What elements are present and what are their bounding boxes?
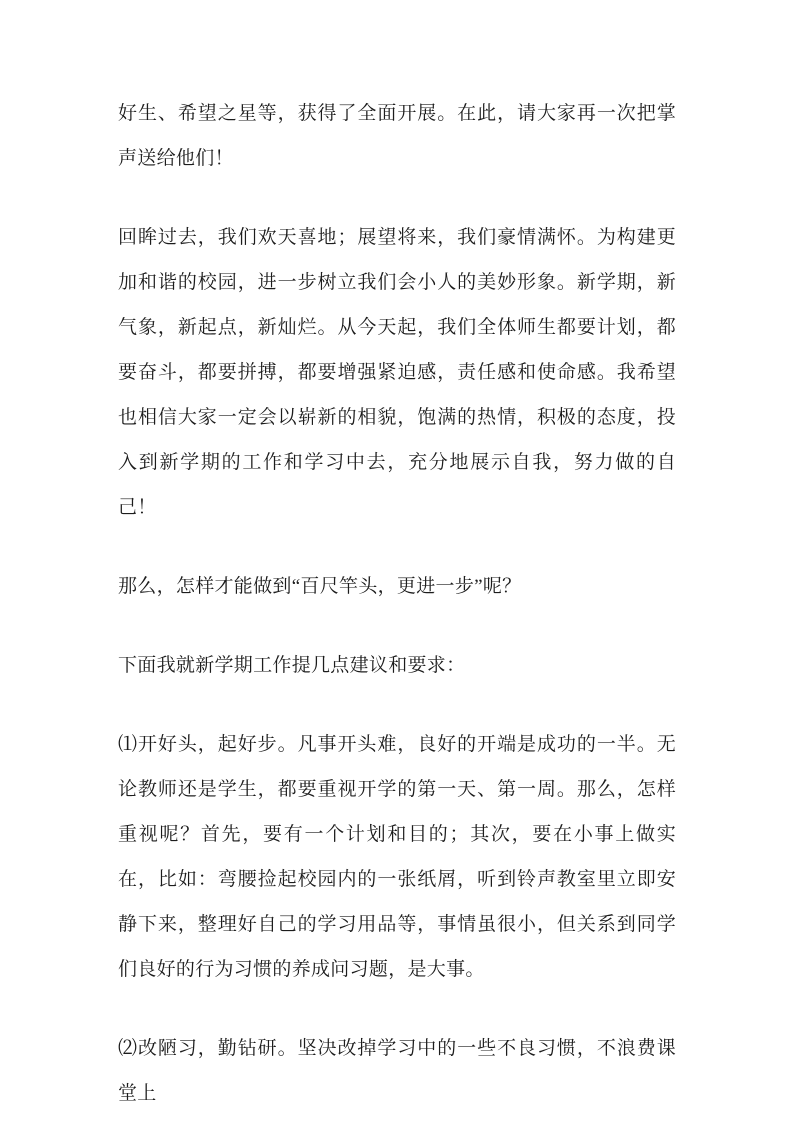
document-body: 好生、希望之星等，获得了全面开展。在此，请大家再一次把掌声送给他们！ 回眸过去，… [118,91,676,1116]
paragraph-suggestion-1: ⑴开好头，起好步。凡事开头难，良好的开端是成功的一半。无论教师还是学生，都要重视… [118,722,676,992]
paragraph-applause: 好生、希望之星等，获得了全面开展。在此，请大家再一次把掌声送给他们！ [118,91,676,181]
paragraph-new-term-outlook: 回眸过去，我们欢天喜地；展望将来，我们豪情满怀。为构建更加和谐的校园，进一步树立… [118,215,676,530]
paragraph-question: 那么，怎样才能做到“百尺竿头，更进一步”呢？ [118,564,676,609]
paragraph-suggestions-intro: 下面我就新学期工作提几点建议和要求： [118,643,676,688]
document-page: 好生、希望之星等，获得了全面开展。在此，请大家再一次把掌声送给他们！ 回眸过去，… [0,0,793,1122]
paragraph-suggestion-2: ⑵改陋习，勤钻研。坚决改掉学习中的一些不良习惯，不浪费课堂上 [118,1026,676,1116]
